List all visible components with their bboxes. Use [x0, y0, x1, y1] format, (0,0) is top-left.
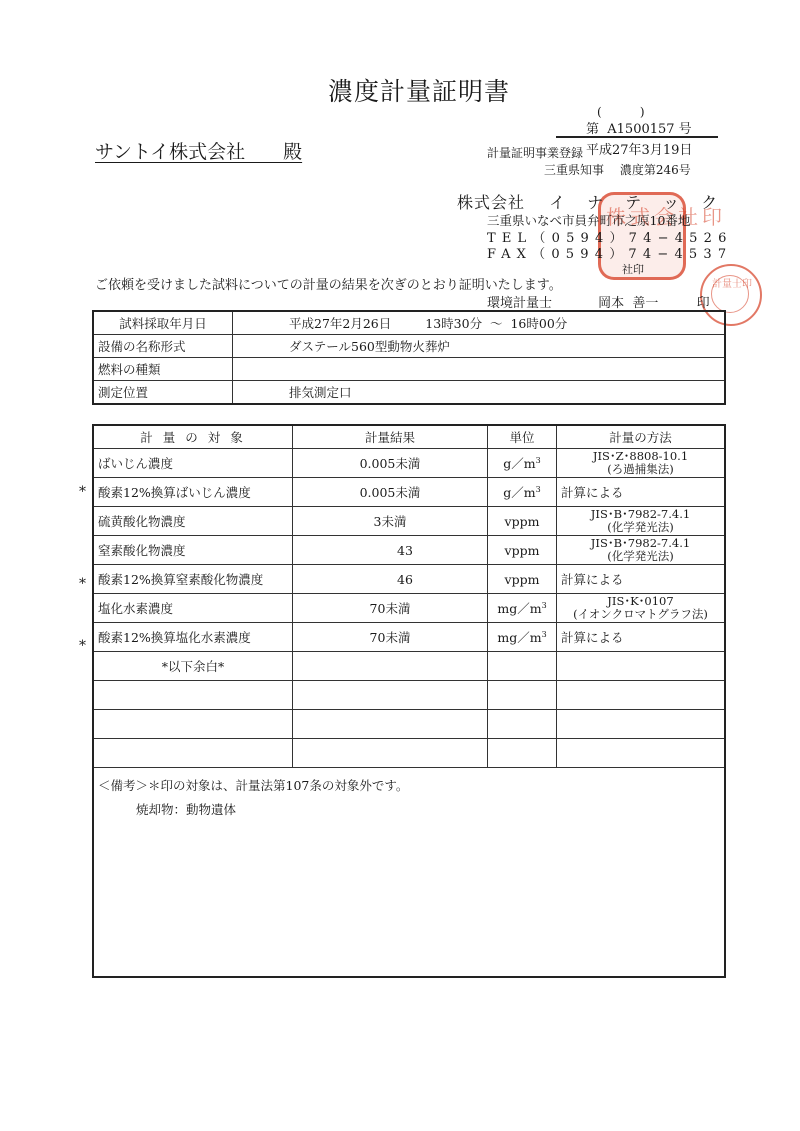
intro-text: ご依頼を受けました試料についての計量の結果を次ぎのとおり証明いたします。	[95, 274, 562, 293]
method-cell	[557, 652, 726, 681]
table-row: 硫黄酸化物濃度 3未満 vppm JIS･B･7982-7.4.1(化学発光法)	[93, 507, 725, 536]
company-kana: イナテック	[549, 193, 739, 212]
result-cell: 70未満	[293, 594, 488, 623]
info-row: 燃料の種類	[93, 358, 725, 381]
target-cell: 酸素12%換算窒素酸化物濃度	[93, 565, 293, 594]
remarks-cell: ＜備考＞＊印の対象は、計量法第107条の対象外です。 焼却物：動物遺体	[93, 768, 725, 978]
unit-cell: mg／m3	[488, 594, 557, 623]
target-cell: 酸素12%換算塩化水素濃度	[93, 623, 293, 652]
target-cell: 窒素酸化物濃度	[93, 536, 293, 565]
company-prefix: 株式会社	[457, 193, 525, 212]
info-label: 試料採取年月日	[93, 311, 233, 335]
info-label: 設備の名称形式	[93, 335, 233, 358]
empty-cell	[557, 710, 726, 739]
info-value: 平成27年2月26日13時30分 ～ 16時00分	[233, 311, 726, 335]
registration-line-1: 計量証明事業登録	[487, 144, 583, 161]
certificate-underline	[556, 136, 718, 138]
unit-exponent: 3	[542, 630, 547, 639]
method-cell: JIS･B･7982-7.4.1(化学発光法)	[557, 536, 726, 565]
method-cell: JIS･K･0107(イオンクロマトグラフ法)	[557, 594, 726, 623]
meter-name: 岡本 善一	[598, 296, 658, 311]
unit-text: mg／m	[497, 630, 541, 645]
method-technique: (化学発光法)	[561, 521, 720, 534]
empty-row	[93, 681, 725, 710]
unit-exponent: 3	[542, 601, 547, 610]
certificate-number: 第 A1500157 号	[586, 118, 692, 137]
seal-label: 社印	[622, 261, 644, 277]
empty-cell	[488, 681, 557, 710]
table-row: ばいじん濃度 0.005未満 g／m3 JIS･Z･8808-10.1(ろ過捕集…	[93, 449, 725, 478]
empty-cell	[293, 739, 488, 768]
unit-cell: vppm	[488, 536, 557, 565]
method-technique: (イオンクロマトグラフ法)	[561, 608, 720, 621]
info-label: 燃料の種類	[93, 358, 233, 381]
table-header-row: 計 量 の 対 象 計量結果 単位 計量の方法	[93, 425, 725, 449]
header-result: 計量結果	[293, 425, 488, 449]
empty-cell	[293, 710, 488, 739]
info-row: 測定位置 排気測定口	[93, 381, 725, 405]
method-cell: 計算による	[557, 565, 726, 594]
unit-exponent: 3	[536, 485, 541, 494]
empty-row	[93, 710, 725, 739]
asterisk-mark: *	[79, 638, 86, 654]
info-value: ダステール560型動物火葬炉	[233, 335, 726, 358]
document-title: 濃度計量証明書	[328, 72, 510, 108]
company-name: 株式会社 イナテック	[457, 190, 739, 213]
unit-text: g／m	[503, 456, 535, 471]
result-cell	[293, 652, 488, 681]
empty-cell	[488, 739, 557, 768]
result-cell: 46	[293, 565, 488, 594]
unit-cell: vppm	[488, 565, 557, 594]
table-row: 酸素12%換算ばいじん濃度 0.005未満 g／m3 計算による	[93, 478, 725, 507]
results-table: 計 量 の 対 象 計量結果 単位 計量の方法 ばいじん濃度 0.005未満 g…	[92, 424, 726, 978]
asterisk-mark: *	[79, 576, 86, 592]
info-value: 排気測定口	[233, 381, 726, 405]
table-row: 窒素酸化物濃度 43 vppm JIS･B･7982-7.4.1(化学発光法)	[93, 536, 725, 565]
empty-row	[93, 739, 725, 768]
table-row: *以下余白*	[93, 652, 725, 681]
method-cell: 計算による	[557, 478, 726, 507]
empty-cell	[557, 739, 726, 768]
company-fax: FAX（0594）74−4537	[487, 243, 732, 262]
target-cell: 硫黄酸化物濃度	[93, 507, 293, 536]
header-unit: 単位	[488, 425, 557, 449]
remarks-note: ＜備考＞＊印の対象は、計量法第107条の対象外です。	[98, 778, 408, 793]
issue-date: 平成27年3月19日	[586, 139, 692, 158]
certificate-paren: ( )	[597, 105, 645, 119]
target-cell: ばいじん濃度	[93, 449, 293, 478]
result-value: 43	[397, 543, 413, 558]
sample-info-table: 試料採取年月日 平成27年2月26日13時30分 ～ 16時00分 設備の名称形…	[92, 310, 726, 405]
sampling-time: 13時30分 ～ 16時00分	[425, 316, 567, 331]
empty-cell	[93, 681, 293, 710]
method-cell: 計算による	[557, 623, 726, 652]
method-technique: (化学発光法)	[561, 550, 720, 563]
asterisk-mark: *	[79, 484, 86, 500]
result-value: 46	[397, 572, 413, 587]
info-value	[233, 358, 726, 381]
unit-cell: mg／m3	[488, 623, 557, 652]
registration-line-2: 三重県知事 濃度第246号	[544, 161, 691, 178]
method-cell: JIS･Z･8808-10.1(ろ過捕集法)	[557, 449, 726, 478]
info-row: 試料採取年月日 平成27年2月26日13時30分 ～ 16時00分	[93, 311, 725, 335]
unit-text: g／m	[503, 485, 535, 500]
unit-cell: vppm	[488, 507, 557, 536]
empty-cell	[93, 739, 293, 768]
sampling-date: 平成27年2月26日	[289, 316, 391, 331]
method-technique: (ろ過捕集法)	[561, 463, 720, 476]
meter-seal-mark: 印	[697, 296, 710, 311]
result-cell: 3未満	[293, 507, 488, 536]
result-cell: 0.005未満	[293, 478, 488, 507]
info-label: 測定位置	[93, 381, 233, 405]
remarks-incineration: 焼却物：動物遺体	[98, 798, 720, 822]
client-name: サントイ株式会社 殿	[95, 137, 302, 164]
header-method: 計量の方法	[557, 425, 726, 449]
empty-cell	[293, 681, 488, 710]
unit-cell: g／m3	[488, 478, 557, 507]
table-row: 酸素12%換算窒素酸化物濃度 46 vppm 計算による	[93, 565, 725, 594]
empty-cell	[557, 681, 726, 710]
target-cell: 酸素12%換算ばいじん濃度	[93, 478, 293, 507]
meter-seal-glyphs: 計量士印	[711, 275, 749, 313]
empty-cell	[488, 710, 557, 739]
info-row: 設備の名称形式 ダステール560型動物火葬炉	[93, 335, 725, 358]
unit-exponent: 3	[536, 456, 541, 465]
meter-signature: 環境計量士 岡本 善一 印	[487, 292, 710, 311]
empty-cell	[93, 710, 293, 739]
target-cell: 塩化水素濃度	[93, 594, 293, 623]
table-row: 酸素12%換算塩化水素濃度 70未満 mg／m3 計算による	[93, 623, 725, 652]
blank-marker: *以下余白*	[93, 652, 293, 681]
table-row: 塩化水素濃度 70未満 mg／m3 JIS･K･0107(イオンクロマトグラフ法…	[93, 594, 725, 623]
header-target: 計 量 の 対 象	[93, 425, 293, 449]
result-cell: 0.005未満	[293, 449, 488, 478]
unit-cell	[488, 652, 557, 681]
unit-cell: g／m3	[488, 449, 557, 478]
meter-title: 環境計量士	[487, 296, 552, 311]
result-cell: 70未満	[293, 623, 488, 652]
unit-text: mg／m	[497, 601, 541, 616]
remarks-row: ＜備考＞＊印の対象は、計量法第107条の対象外です。 焼却物：動物遺体	[93, 768, 725, 978]
result-cell: 43	[293, 536, 488, 565]
method-cell: JIS･B･7982-7.4.1(化学発光法)	[557, 507, 726, 536]
